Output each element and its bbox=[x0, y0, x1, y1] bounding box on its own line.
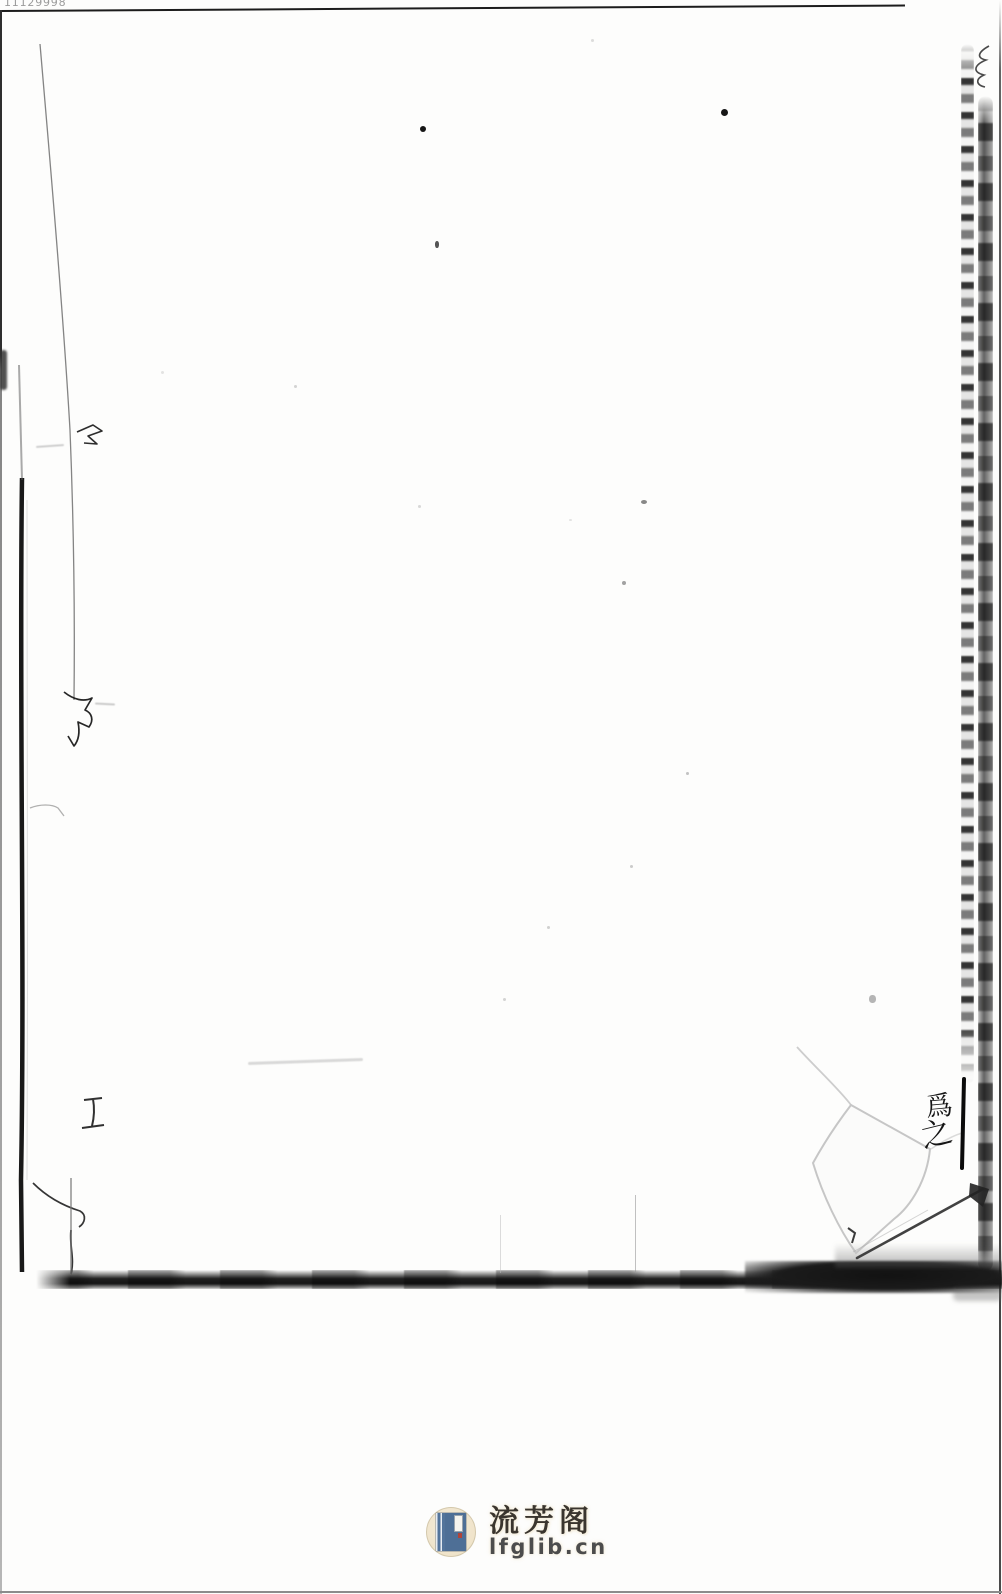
hook-mark bbox=[30, 805, 64, 816]
top-right-curl bbox=[976, 46, 989, 87]
scan-crease bbox=[70, 1178, 72, 1274]
scan-artifacts-layer bbox=[0, 0, 1002, 1594]
scan-speck bbox=[161, 371, 164, 374]
scan-speck bbox=[503, 998, 506, 1001]
scan-crease bbox=[500, 1215, 501, 1273]
scan-speck bbox=[420, 126, 426, 132]
ink-scribble-upper bbox=[77, 425, 102, 444]
fold-crease-outline bbox=[813, 1105, 930, 1253]
fold-crease-lead bbox=[797, 1047, 851, 1105]
left-crease-upper-fade bbox=[19, 365, 22, 480]
scan-crease bbox=[635, 1195, 636, 1273]
scan-speck bbox=[435, 241, 439, 248]
book-pages-stripes bbox=[436, 1513, 445, 1551]
right-edge-ink-blob bbox=[969, 1183, 989, 1207]
left-heavy-crease-echo bbox=[26, 500, 27, 1180]
watermark-site-name: 流芳阁 bbox=[489, 1506, 608, 1538]
scan-speck bbox=[721, 109, 728, 116]
book-title-label bbox=[454, 1515, 463, 1532]
scan-speck bbox=[630, 865, 633, 868]
watermark: 流芳阁 lfglib.cn bbox=[426, 1506, 608, 1558]
watermark-logo bbox=[426, 1507, 476, 1557]
bottom-left-crack bbox=[33, 1183, 84, 1227]
scan-speck bbox=[418, 505, 421, 508]
scan-speck bbox=[686, 772, 689, 775]
scan-speck bbox=[641, 500, 647, 504]
watermark-site-url: lfglib.cn bbox=[489, 1536, 608, 1558]
scan-speck bbox=[869, 995, 876, 1003]
scan-speck bbox=[294, 385, 297, 388]
small-character-mark bbox=[82, 1098, 104, 1128]
watermark-text: 流芳阁 lfglib.cn bbox=[489, 1506, 608, 1558]
handwriting-char-2: 之 bbox=[918, 1117, 955, 1153]
scan-speck bbox=[622, 581, 626, 585]
handwriting-characters: 爲 之 bbox=[923, 1093, 959, 1151]
thread-line bbox=[40, 44, 74, 700]
scan-speck bbox=[591, 39, 594, 42]
thread-bound-book-icon bbox=[436, 1513, 466, 1551]
ink-scribble-mid bbox=[64, 692, 92, 746]
book-red-seal bbox=[458, 1533, 463, 1538]
scan-speck bbox=[569, 519, 572, 521]
scanned-book-page: 11129998 bbox=[0, 0, 1002, 1594]
scan-speck bbox=[547, 926, 550, 929]
left-heavy-crease bbox=[21, 478, 22, 1272]
